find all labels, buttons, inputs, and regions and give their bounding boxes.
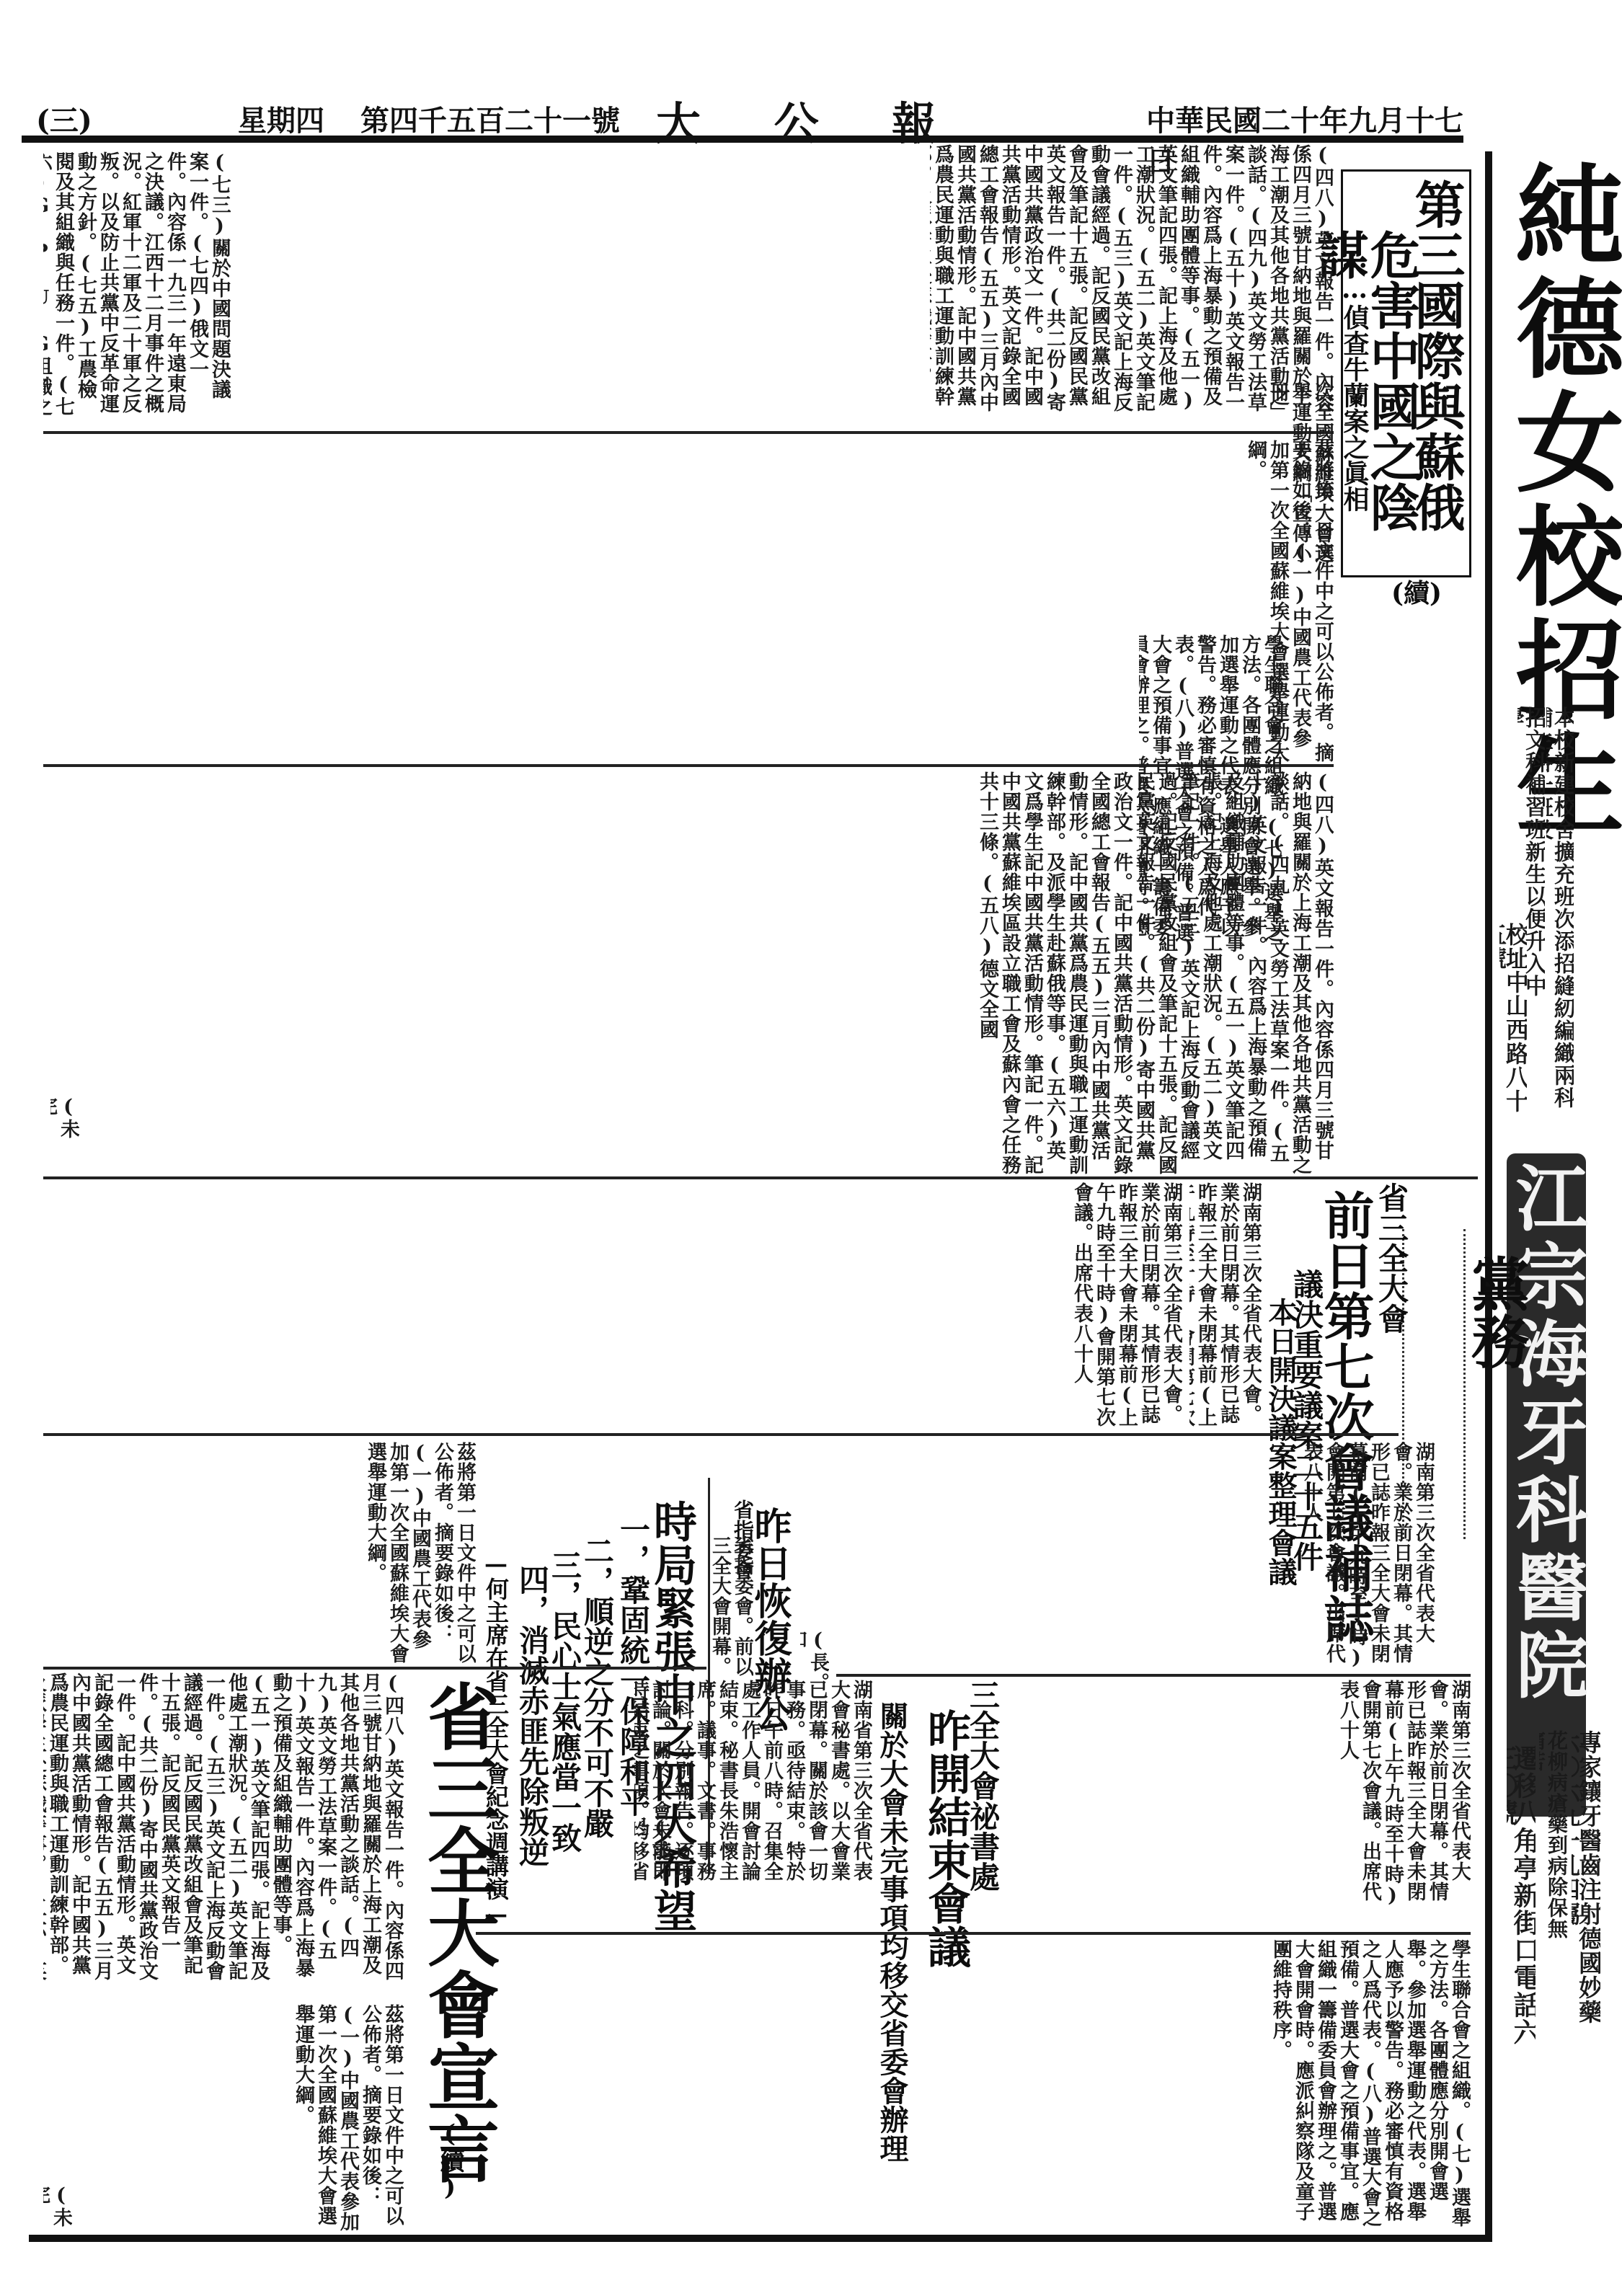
band-rule-7: [476, 1932, 1471, 1935]
comintern-body-2: (七三)關於中國問題決議案一件。(七四)俄文一件。內容係一九三一年遠東局之決議。…: [43, 151, 231, 418]
masthead: (三) 星期四 第四千五百二十一號 大 公 報 中華民國二十年九月十七日: [22, 94, 1485, 137]
secretariat-headline: 昨開結束會議: [923, 1708, 969, 1968]
comintern-headline-box: 第三國際與蘇俄 危害中國之陰謀 ……偵查牛蘭案之眞相: [1341, 169, 1471, 577]
manifesto-body: (四八)英文報告一件。內容係四月三號甘納地與羅關於上海工潮及其他各地共黨活動之談…: [43, 1672, 404, 1990]
comintern-body-continuation: (四八)英文報告一件。內容係四月三號甘納地與羅關於上海工潮及其他各地共黨活動之談…: [43, 771, 1334, 1175]
party-affairs-continued: 湖南第三次全省代表大會。業於前日閉幕。其情形已誌昨報三全大會未閉幕前(上午九時至…: [786, 1442, 1435, 1672]
four-hopes-body: 茲將第一日文件中之可以公佈者。摘要錄如後：(一)中國農工代表參加第一次全國蘇維埃…: [43, 1442, 476, 1665]
band-rule-6: [836, 1674, 1471, 1677]
band-rule-1: [43, 431, 1334, 434]
ad-column-divider: [1485, 151, 1492, 2242]
school-ad-line-1: 本校新建校舍擴充班次添招縫紉編織兩科補生各一班及: [1546, 706, 1574, 1125]
lower-body-text: 學生聯合會之組織。(七)選舉之方法。各團體應分別開會選舉。參加選舉運動之代表。選…: [476, 1939, 1471, 2228]
party-affairs-kicker: 省三全大會: [1370, 1182, 1413, 1334]
party-affairs-resolutions: 湖南第三次全省代表大會。業於前日閉幕。其情形已誌昨報三全大會未閉幕前(上午九時至…: [43, 1182, 1182, 1431]
four-hopes-point-4: 四，消滅赤匪先除叛逆: [515, 1564, 549, 1867]
school-ad-address: 校址中山西路八十五號: [1499, 923, 1527, 1125]
weekday: 星期四: [238, 98, 324, 139]
party-affairs-byline: (長。和): [800, 1629, 829, 1687]
masthead-rule: [22, 136, 1463, 143]
band-rule-4: [43, 1433, 1399, 1436]
secretariat-adjacent-text: 湖南第三次全省代表大會。業於前日閉幕。其情形已誌昨報三全大會未閉幕前(上午九時至…: [1016, 1680, 1471, 1918]
hospital-ad-line-3: 遷移八角亭新街口電話六三〇號: [1507, 1745, 1535, 2047]
provincial-committee-body: 省指委會。前以三全大會開幕。停止工作一節。業誌報端。茲三: [710, 1535, 753, 1680]
page-bottom-rule: [29, 2235, 1485, 2242]
party-affairs-body: 湖南第三次全省代表大會。業於前日閉幕。其情形已誌昨報三全大會未閉幕前(上午九時至…: [1189, 1182, 1262, 1427]
secretariat-byline: (求是): [642, 1817, 670, 1896]
hospital-ad-line-2: 花柳病瘡藥到病除保無痛苦: [1539, 1730, 1568, 1946]
comintern-body-4: 次全國蘇維埃大會選舉運動大綱「宣傳小冊」: [1226, 382, 1334, 569]
hospital-ad-line-1: 專家鑲牙醫齒注射德國妙藥六〇六九一凡四屬: [1572, 1730, 1600, 2033]
manifesto-body-2: 茲將第一日文件中之可以公佈者。摘要錄如後：(一)中國農工代表參加第一次全國蘇維埃…: [43, 2004, 404, 2242]
hospital-ad-banner: 江宗海牙科醫院: [1507, 1153, 1586, 1817]
comintern-subhead: ……偵查牛蘭案之眞相: [1341, 244, 1368, 512]
band-rule-3: [43, 1176, 1478, 1179]
four-hopes-point-3: 三，民心士氣應當一致: [548, 1550, 581, 1853]
band-rule-5: [43, 1667, 706, 1670]
manifesto-continued: (續): [433, 2119, 468, 2202]
hospital-ad-title: 江宗海牙科醫院: [1507, 1161, 1586, 1706]
page-number: (三): [36, 98, 92, 139]
issue-number: 第四千五百二十一號: [360, 98, 620, 139]
comintern-continued: (續): [1391, 573, 1442, 610]
four-hopes-point-2: 二，順逆之分不可不嚴: [580, 1535, 613, 1838]
section-label-party-affairs: 黨務: [1413, 1254, 1579, 1370]
comintern-continued-end: (未完): [50, 1096, 79, 1175]
